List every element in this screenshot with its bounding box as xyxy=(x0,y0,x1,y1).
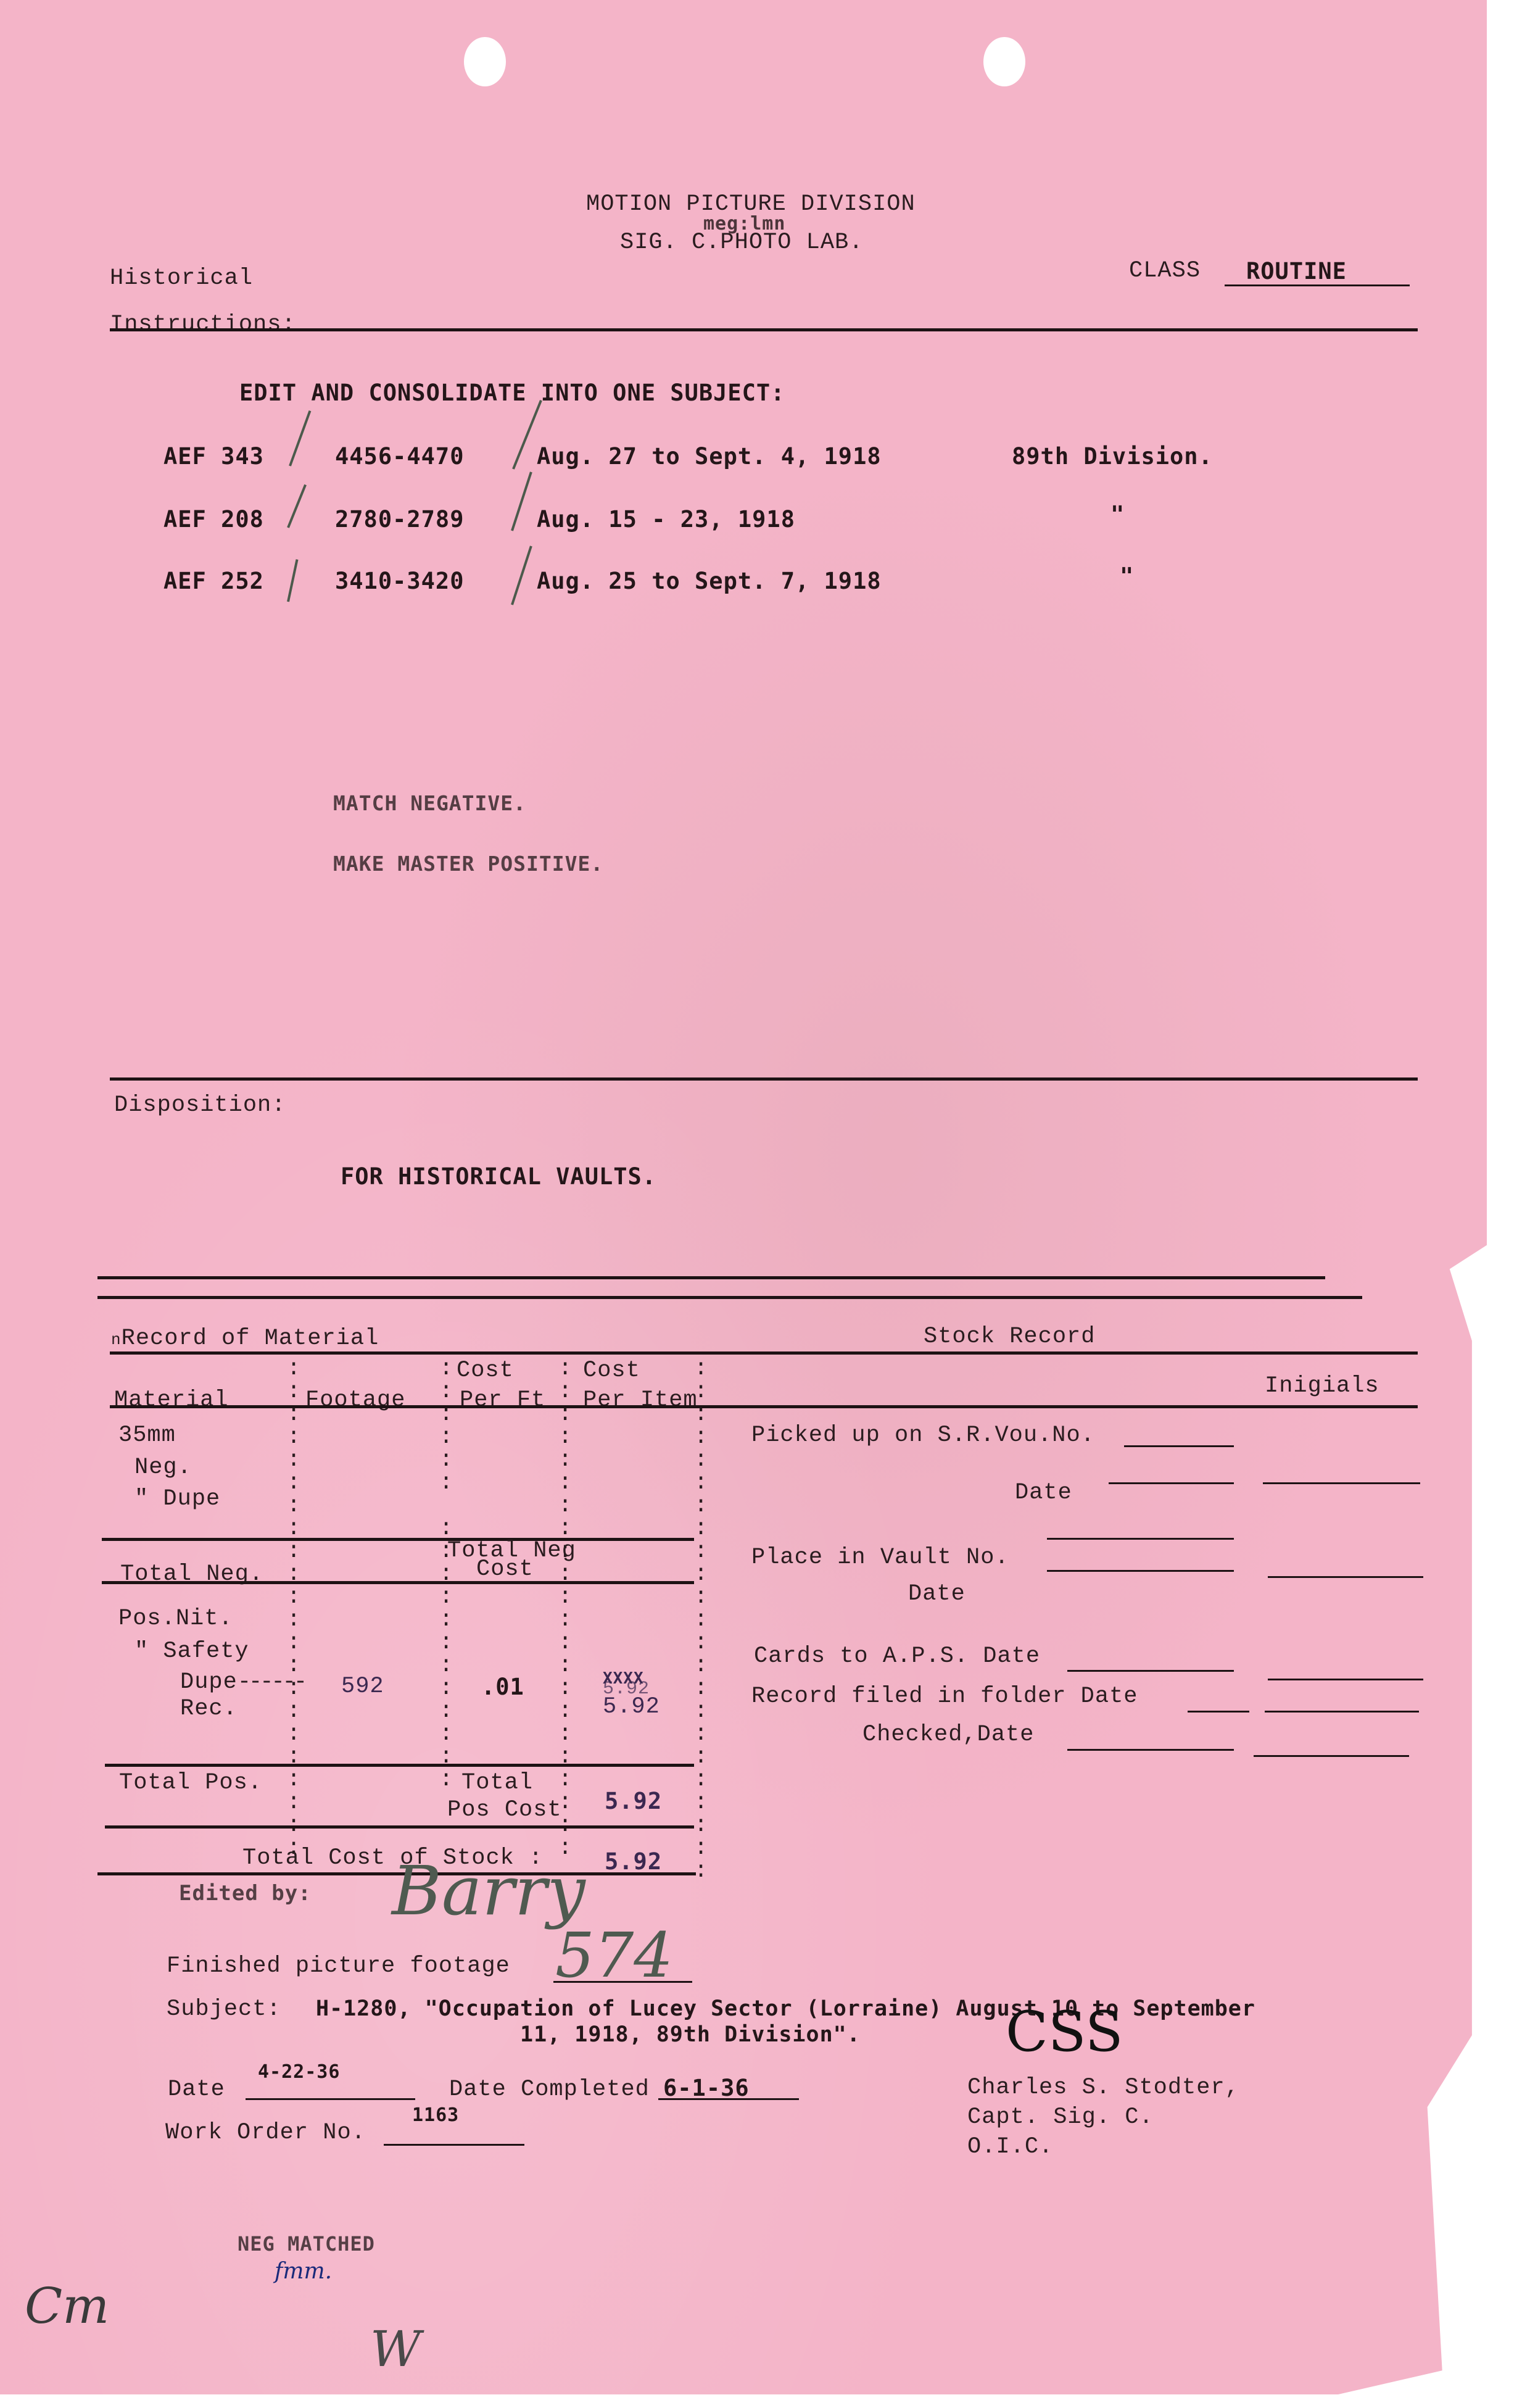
check-mark-icon xyxy=(511,471,532,531)
checked-date-field[interactable] xyxy=(1067,1749,1234,1751)
check-mark-icon xyxy=(289,410,311,467)
vault-no-field[interactable] xyxy=(1047,1538,1234,1540)
cards-date-field[interactable] xyxy=(1067,1670,1234,1672)
total-pos-top-rule xyxy=(105,1764,694,1767)
picked-up-date-label: Date xyxy=(1015,1480,1072,1506)
voucher-no-field[interactable] xyxy=(1124,1445,1234,1447)
unit-ditto: " xyxy=(1120,563,1134,589)
picked-up-date-field[interactable] xyxy=(1109,1482,1234,1484)
dupe-footage: 592 xyxy=(341,1674,384,1700)
lab-title: SIG. C.PHOTO LAB. xyxy=(620,230,863,255)
neg-matched-initials: fmm. xyxy=(275,2259,332,2284)
column-separator: ::::::::::::::::::::::: xyxy=(694,1358,708,1883)
date-value: 4-22-36 xyxy=(258,2061,340,2083)
check-mark-icon xyxy=(287,559,298,602)
checked-label: Checked,Date xyxy=(862,1722,1034,1748)
disposition-value: FOR HISTORICAL VAULTS. xyxy=(341,1163,656,1190)
punch-hole-right xyxy=(983,37,1025,86)
reel-id: AEF 252 xyxy=(163,568,264,594)
disposition-rule xyxy=(110,1077,1418,1081)
signer-rank: Capt. Sig. C. xyxy=(967,2104,1154,2130)
date-range: Aug. 15 - 23, 1918 xyxy=(537,506,795,533)
vault-date-label: Date xyxy=(908,1581,966,1607)
class-underline xyxy=(1225,284,1410,286)
filed-date-field[interactable] xyxy=(1188,1711,1249,1713)
work-order-label: Work Order No. xyxy=(165,2120,366,2146)
neg-matched-stamp: NEG MATCHED xyxy=(238,2232,375,2256)
column-separator: :::::::::::::::::::::: xyxy=(558,1358,572,1860)
column-separator: :::::::::::::::::::::: xyxy=(287,1358,300,1860)
picked-up-initials-field[interactable] xyxy=(1263,1482,1420,1484)
initials-header: Inigials xyxy=(1265,1373,1379,1399)
scene-range: 4456-4470 xyxy=(335,443,464,470)
cost-per-ft-header-2: Per Ft xyxy=(460,1387,545,1413)
margin-initials-right: W xyxy=(370,2320,421,2378)
disposition-label: Disposition: xyxy=(114,1092,286,1118)
officer-initials: CSS xyxy=(1006,1999,1123,2064)
class-label: CLASS xyxy=(1129,258,1201,284)
work-order-underline xyxy=(384,2144,524,2146)
instructions-heading: EDIT AND CONSOLIDATE INTO ONE SUBJECT: xyxy=(239,380,785,406)
instruction-master-positive: MAKE MASTER POSITIVE. xyxy=(333,852,603,876)
vault-label: Place in Vault No. xyxy=(751,1545,1009,1571)
date-label: Date xyxy=(168,2077,225,2103)
total-pos-bottom-rule xyxy=(105,1825,694,1829)
cost-per-ft-header-1: Cost xyxy=(457,1358,514,1384)
date-completed-underline xyxy=(658,2098,799,2100)
reel-id: AEF 208 xyxy=(163,506,264,533)
cost-per-item-header-2: Per Item xyxy=(583,1387,698,1413)
filed-label: Record filed in folder Date xyxy=(751,1684,1138,1709)
checked-initials-field[interactable] xyxy=(1254,1755,1409,1757)
material-row-neg-dupe: " Dupe xyxy=(134,1486,220,1512)
signer-title: O.I.C. xyxy=(967,2134,1053,2160)
total-pos-cost: 5.92 xyxy=(605,1788,662,1814)
edited-by-label: Edited by: xyxy=(179,1881,312,1906)
total-pos-label: Total Pos. xyxy=(119,1770,262,1796)
date-range: Aug. 25 to Sept. 7, 1918 xyxy=(537,568,882,594)
material-row-pos-safety: " Safety xyxy=(134,1638,249,1664)
total-neg-cost-label-2: Cost xyxy=(476,1556,534,1582)
record-of-material-title: nRecord of Material xyxy=(111,1326,379,1351)
total-neg-top-rule xyxy=(102,1538,694,1541)
vault-date-field[interactable] xyxy=(1047,1570,1234,1572)
scene-range: 3410-3420 xyxy=(335,568,464,594)
subject-label: Subject: xyxy=(167,1996,281,2022)
margin-initials-left: Cm xyxy=(25,2277,109,2335)
finished-footage-underline xyxy=(553,1981,692,1983)
date-underline xyxy=(246,2098,415,2100)
unit: 89th Division. xyxy=(1012,443,1213,470)
instruction-match-negative: MATCH NEGATIVE. xyxy=(333,791,526,815)
dupe-cost-per-ft: .01 xyxy=(481,1674,524,1700)
material-row-35mm: 35mm xyxy=(118,1422,176,1448)
material-row-dupe: Dupe------ xyxy=(180,1669,305,1695)
dupe-cost-per-item: 5.92 xyxy=(603,1694,660,1720)
footage-header: Footage xyxy=(305,1387,405,1413)
material-row-rec: Rec. xyxy=(180,1696,238,1722)
date-completed-value: 6-1-36 xyxy=(663,2075,750,2101)
cost-per-item-header-1: Cost xyxy=(583,1358,640,1384)
subject-line-2: 11, 1918, 89th Division". xyxy=(520,2022,861,2047)
work-order-value: 1163 xyxy=(412,2104,459,2126)
vault-initials-field[interactable] xyxy=(1268,1576,1423,1578)
picked-up-label: Picked up on S.R.Vou.No. xyxy=(751,1422,1095,1448)
cards-label: Cards to A.P.S. Date xyxy=(754,1643,1040,1669)
column-separator: :::::::::::::::::: xyxy=(439,1358,453,1791)
scene-range: 2780-2789 xyxy=(335,506,464,533)
table-header-top-rule xyxy=(110,1351,1418,1355)
class-value: ROUTINE xyxy=(1246,258,1347,284)
section-rule-2 xyxy=(97,1296,1362,1299)
cards-initials-field[interactable] xyxy=(1268,1679,1423,1680)
check-mark-icon xyxy=(511,546,532,605)
section-rule-1 xyxy=(97,1276,1325,1279)
stock-record-title: Stock Record xyxy=(924,1324,1095,1350)
total-cost-of-stock: 5.92 xyxy=(605,1848,662,1875)
total-neg-bottom-rule xyxy=(102,1581,694,1584)
total-pos-cost-label-1: Total xyxy=(461,1770,533,1796)
date-completed-label: Date Completed xyxy=(449,2077,650,2103)
signer-name: Charles S. Stodter, xyxy=(967,2075,1239,2101)
reel-id: AEF 343 xyxy=(163,443,264,470)
finished-footage-label: Finished picture footage xyxy=(167,1953,510,1979)
check-mark-icon xyxy=(287,484,307,528)
date-range: Aug. 27 to Sept. 4, 1918 xyxy=(537,443,882,470)
instructions-rule xyxy=(110,328,1418,331)
total-pos-cost-label-2: Pos Cost xyxy=(447,1797,562,1823)
unit-ditto: " xyxy=(1110,501,1125,528)
form-sheet: MOTION PICTURE DIVISION meg:lmn SIG. C.P… xyxy=(0,0,1487,2394)
punch-hole-left xyxy=(464,37,506,86)
material-row-pos-nit: Pos.Nit. xyxy=(118,1606,233,1632)
material-row-neg: Neg. xyxy=(134,1455,192,1480)
instructions-label: Instructions: xyxy=(110,312,296,338)
editor-signature: Barry xyxy=(392,1851,585,1930)
material-header: Material xyxy=(114,1387,229,1413)
table-header-bottom-rule xyxy=(110,1405,1418,1408)
historical-label: Historical xyxy=(110,265,253,291)
filed-initials-field[interactable] xyxy=(1265,1711,1419,1713)
